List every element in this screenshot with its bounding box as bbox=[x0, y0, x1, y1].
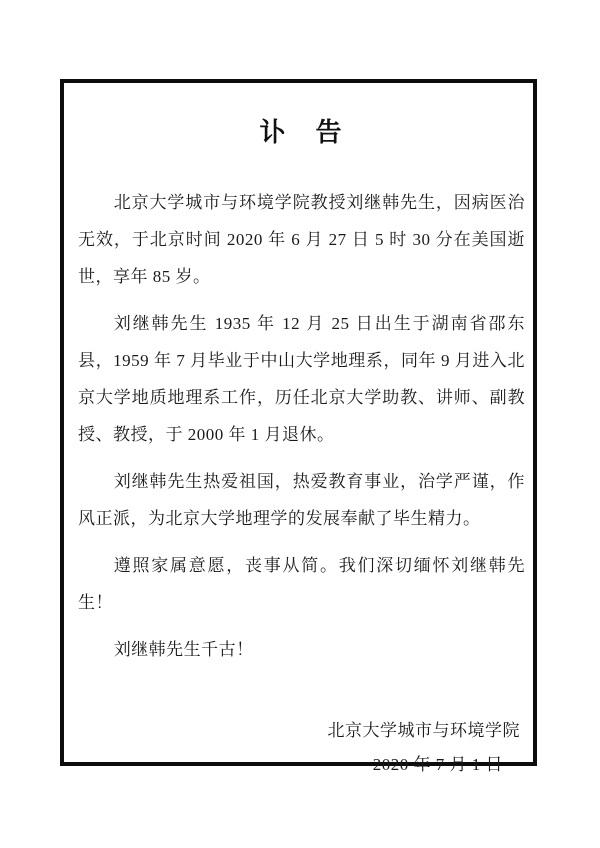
obituary-paragraph-funeral-arrangement: 遵照家属意愿，丧事从简。我们深切缅怀刘继韩先生！ bbox=[78, 547, 525, 621]
obituary-title: 讣 告 bbox=[78, 118, 525, 146]
page: 讣 告 北京大学城市与环境学院教授刘继韩先生，因病医治无效，于北京时间 2020… bbox=[0, 0, 600, 848]
obituary-paragraph-tribute: 刘继韩先生热爱祖国，热爱教育事业，治学严谨，作风正派，为北京大学地理学的发展奉献… bbox=[78, 463, 525, 537]
obituary-paragraph-death-announcement: 北京大学城市与环境学院教授刘继韩先生，因病医治无效，于北京时间 2020 年 6… bbox=[78, 184, 525, 295]
obituary-paragraph-biography: 刘继韩先生 1935 年 12 月 25 日出生于湖南省邵东县，1959 年 7… bbox=[78, 305, 525, 453]
signature-organization: 北京大学城市与环境学院 bbox=[78, 714, 525, 748]
signature-date: 2020 年 7 月 1 日 bbox=[78, 748, 525, 782]
obituary-paragraph-farewell: 刘继韩先生千古！ bbox=[78, 631, 525, 668]
signature-block: 北京大学城市与环境学院 2020 年 7 月 1 日 bbox=[78, 714, 525, 782]
obituary-frame: 讣 告 北京大学城市与环境学院教授刘继韩先生，因病医治无效，于北京时间 2020… bbox=[60, 79, 537, 766]
